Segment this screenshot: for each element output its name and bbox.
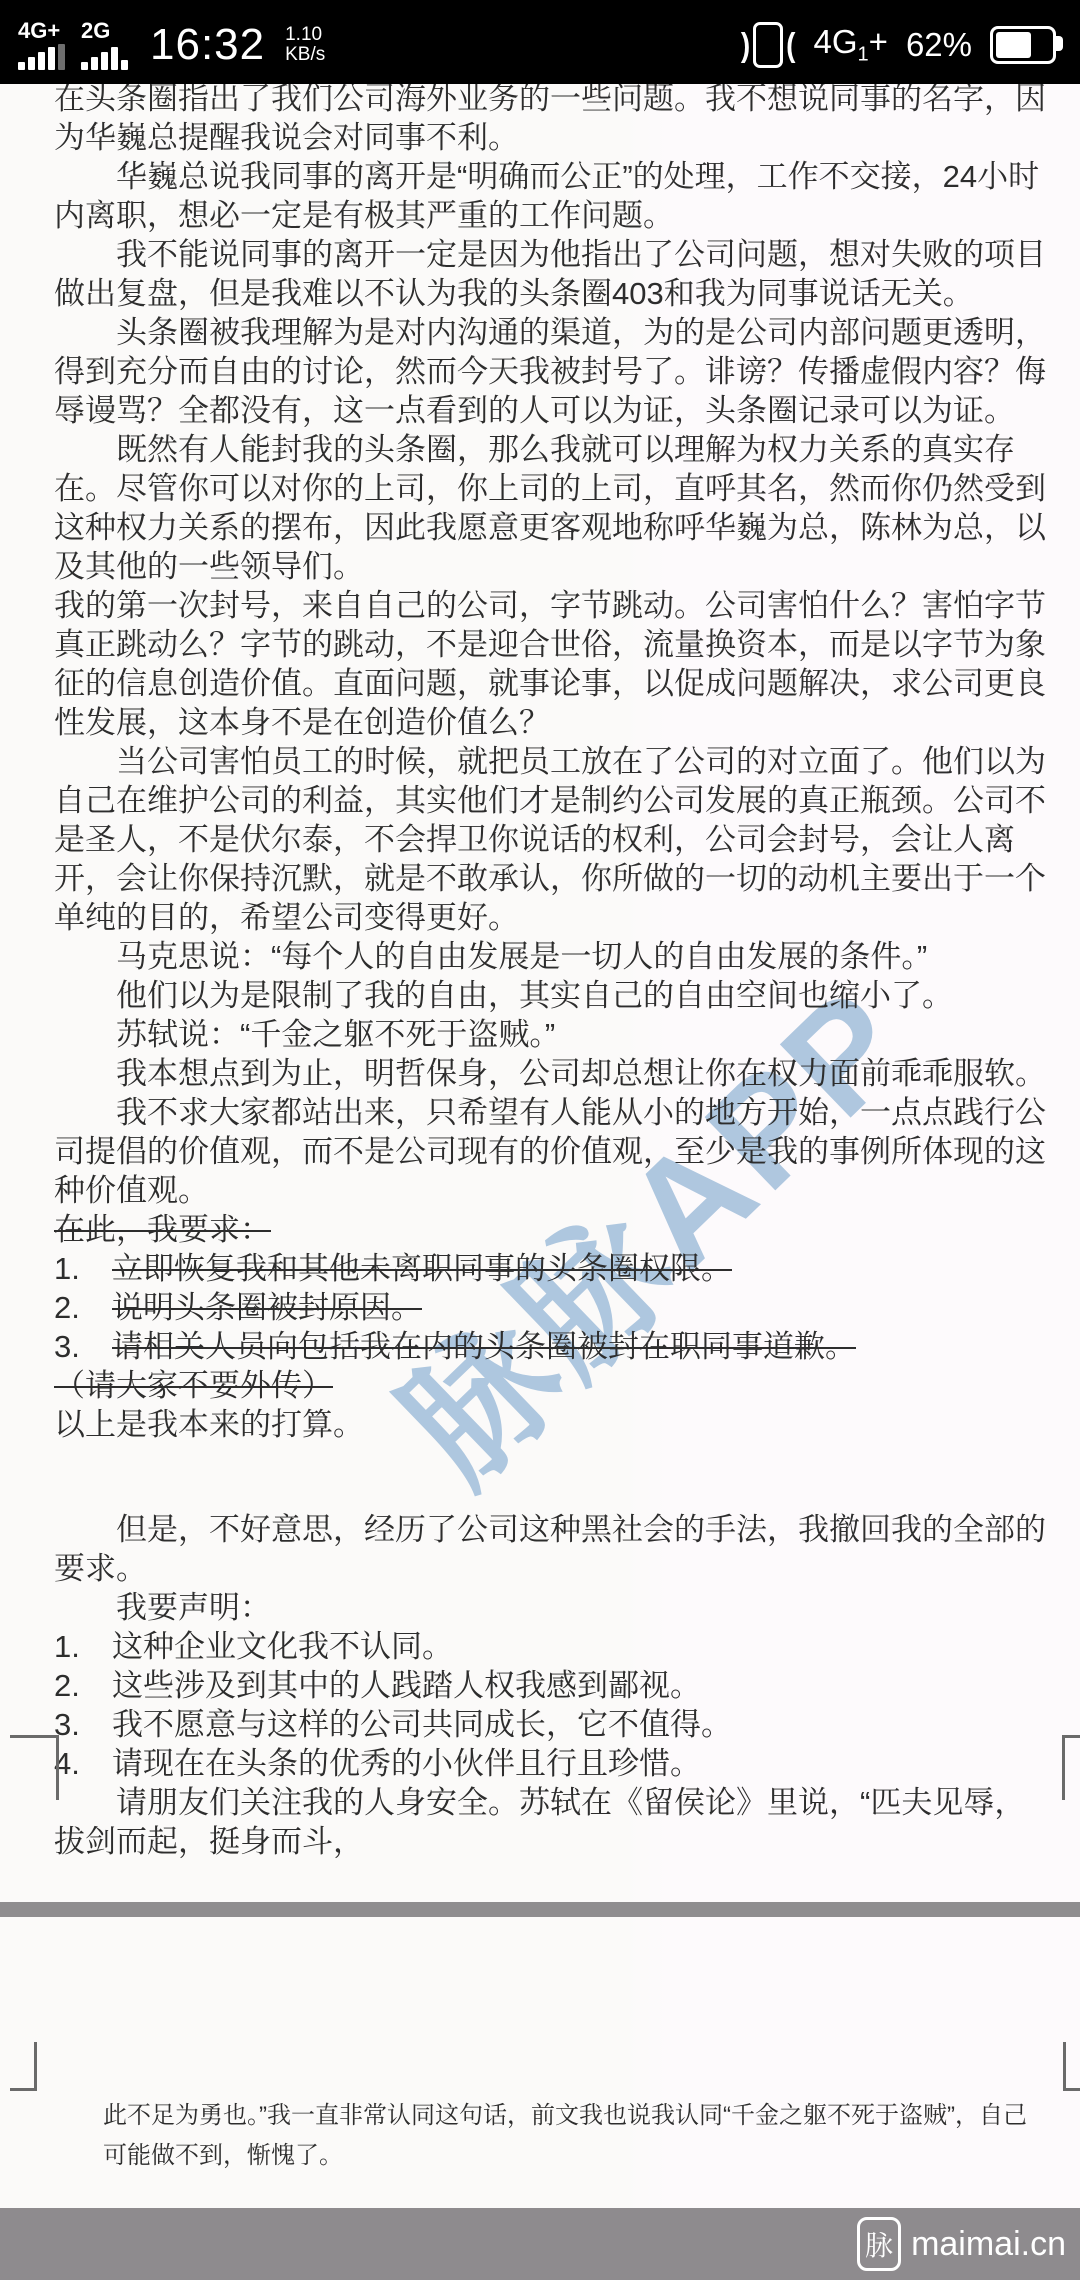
paragraph: 当公司害怕员工的时候，就把员工放在了公司的对立面了。他们以为自己在维护公司的利益… — [54, 742, 1054, 937]
paragraph: 请朋友们关注我的人身安全。苏轼在《留侯论》里说，“匹夫见辱，拔剑而起，挺身而斗， — [54, 1783, 1054, 1861]
sim1-signal-bars-icon — [18, 44, 65, 70]
list-text: 请现在在头条的优秀的小伙伴且行且珍惜。 — [112, 1744, 1054, 1783]
statement-item: 2. 这些涉及到其中的人践踏人权我感到鄙视。 — [54, 1666, 1054, 1705]
paragraph: 头条圈被我理解为是对内沟通的渠道，为的是公司内部问题更透明，得到充分而自由的讨论… — [54, 313, 1054, 430]
deleted-demands-heading: 在此，我要求： — [54, 1210, 1054, 1249]
list-number: 1. — [54, 1627, 112, 1666]
paragraph: 我不能说同事的离开一定是因为他指出了公司问题，想对失败的项目做出复盘，但是我难以… — [54, 235, 1054, 313]
deleted-note: （请大家不要外传） — [54, 1366, 1054, 1405]
sim1-network-label: 4G+ — [18, 21, 60, 41]
paragraph: 但是，不好意思，经历了公司这种黑社会的手法，我撤回我的全部的要求。 — [54, 1510, 1054, 1588]
list-number: 2. — [54, 1666, 112, 1705]
paragraph: 以上是我本来的打算。 — [54, 1405, 1054, 1444]
deleted-demand-item: 2. 说明头条圈被封原因。 — [54, 1288, 1054, 1327]
maimai-site-label: maimai.cn — [911, 2225, 1066, 2264]
deleted-demand-item: 1. 立即恢复我和其他未离职同事的头条圈权限。 — [54, 1249, 1054, 1288]
clock-time: 16:32 — [150, 23, 265, 67]
paragraph: 既然有人能封我的头条圈，那么我就可以理解为权力关系的真实存在。尽管你可以对你的上… — [54, 430, 1054, 586]
paragraph: 苏轼说：“千金之躯不死于盗贼。” — [54, 1015, 1054, 1054]
network-speed-unit: KB/s — [285, 45, 325, 65]
paragraph: 此不足为勇也。”我一直非常认同这句话，前文我也说我认同“千金之躯不死于盗贼”，自… — [103, 2096, 1040, 2176]
list-number: 2. — [54, 1288, 112, 1327]
page-divider — [0, 1902, 1080, 1917]
sim2-signal: 2G — [81, 21, 128, 70]
network-speed-value: 1.10 — [285, 25, 325, 45]
page2-top-left-corner-mark — [10, 2042, 37, 2091]
status-left-cluster: 4G+ 2G 16:32 1.10 KB/s — [18, 21, 325, 70]
status-right-cluster: )( 4G1+ 62% — [741, 22, 1066, 68]
page1-bottom-right-corner-mark — [1062, 1735, 1080, 1800]
page2-top-right-corner-mark — [1063, 2042, 1080, 2091]
footer-bar: 脉 maimai.cn — [0, 2208, 1080, 2280]
paragraph: 在头条圈指出了我们公司海外业务的一些问题。我不想说同事的名字，因为华巍总提醒我说… — [54, 79, 1054, 157]
blank-line — [54, 1444, 1054, 1510]
sim1-signal: 4G+ — [18, 21, 65, 70]
paragraph: 马克思说：“每个人的自由发展是一切人的自由发展的条件。” — [54, 937, 1054, 976]
paragraph: 华巍总说我同事的离开是“明确而公正”的处理，工作不交接，24小时内离职，想必一定… — [54, 157, 1054, 235]
paragraph: 他们以为是限制了我的自由，其实自己的自由空间也缩小了。 — [54, 976, 1054, 1015]
paragraph: 我不求大家都站出来，只希望有人能从小的地方开始，一点点践行公司提倡的价值观，而不… — [54, 1093, 1054, 1210]
deleted-demand-item: 3. 请相关人员向包括我在内的头条圈被封在职同事道歉。 — [54, 1327, 1054, 1366]
list-number: 3. — [54, 1327, 112, 1366]
status-bar: 4G+ 2G 16:32 1.10 KB/s )( 4G1+ 62 — [0, 0, 1080, 84]
paragraph: 我本想点到为止，明哲保身，公司却总想让你在权力面前乖乖服软。 — [54, 1054, 1054, 1093]
list-text: 这些涉及到其中的人践踏人权我感到鄙视。 — [112, 1666, 1054, 1705]
statement-heading: 我要声明： — [54, 1588, 1054, 1627]
vibrate-icon: )( — [741, 22, 796, 68]
list-text: 这种企业文化我不认同。 — [112, 1627, 1054, 1666]
page1-bottom-left-corner-mark — [10, 1735, 59, 1800]
list-number: 3. — [54, 1705, 112, 1744]
statement-item: 1. 这种企业文化我不认同。 — [54, 1627, 1054, 1666]
network-speed: 1.10 KB/s — [285, 25, 325, 65]
phone-screenshot-root: 4G+ 2G 16:32 1.10 KB/s )( 4G1+ 62 — [0, 0, 1080, 2280]
network-type-indicator: 4G1+ — [814, 23, 888, 67]
battery-percent: 62% — [906, 26, 972, 64]
list-text: 说明头条圈被封原因。 — [112, 1288, 1054, 1327]
list-text: 我不愿意与这样的公司共同成长，它不值得。 — [112, 1705, 1054, 1744]
list-text: 立即恢复我和其他未离职同事的头条圈权限。 — [112, 1249, 1054, 1288]
sim2-signal-bars-icon — [81, 44, 128, 70]
battery-icon — [990, 26, 1056, 64]
list-number: 4. — [54, 1744, 112, 1783]
statement-item: 3. 我不愿意与这样的公司共同成长，它不值得。 — [54, 1705, 1054, 1744]
statement-item: 4. 请现在在头条的优秀的小伙伴且行且珍惜。 — [54, 1744, 1054, 1783]
document-page-2: 此不足为勇也。”我一直非常认同这句话，前文我也说我认同“千金之躯不死于盗贼”，自… — [0, 2096, 1080, 2176]
document-page-1: 在头条圈指出了我们公司海外业务的一些问题。我不想说同事的名字，因为华巍总提醒我说… — [0, 84, 1080, 1861]
maimai-logo-icon: 脉 — [857, 2217, 901, 2271]
list-text: 请相关人员向包括我在内的头条圈被封在职同事道歉。 — [112, 1327, 1054, 1366]
sim2-network-label: 2G — [81, 21, 110, 41]
paragraph: 我的第一次封号，来自自己的公司，字节跳动。公司害怕什么？害怕字节真正跳动么？字节… — [54, 586, 1054, 742]
list-number: 1. — [54, 1249, 112, 1288]
